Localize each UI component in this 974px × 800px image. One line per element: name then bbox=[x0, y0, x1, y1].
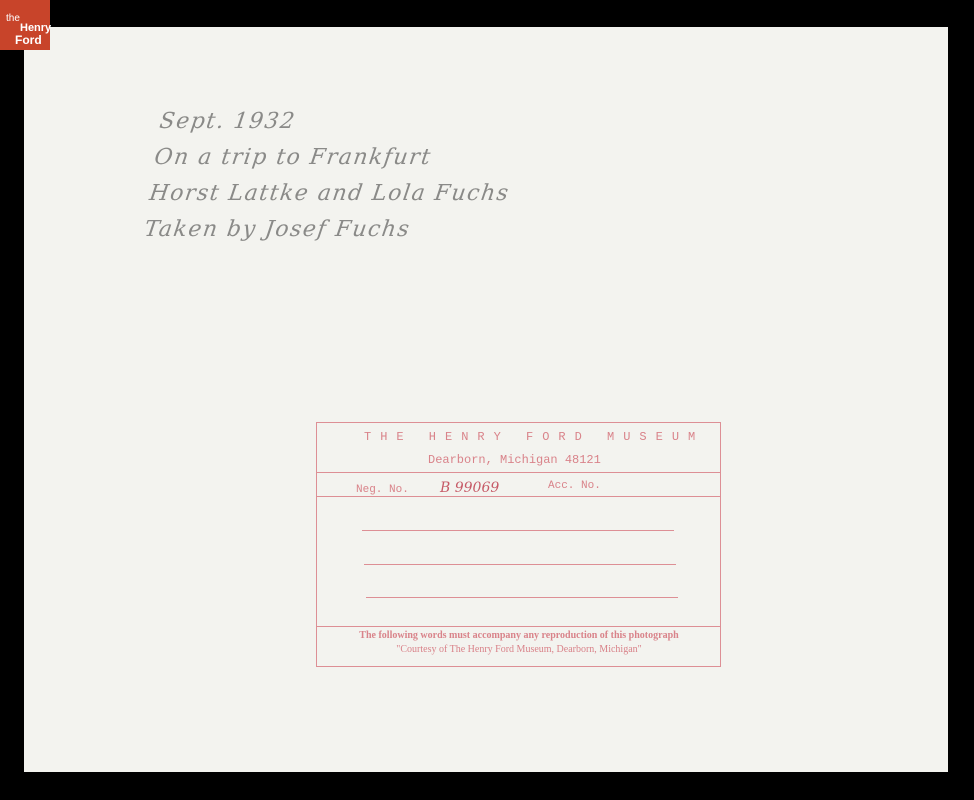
note-line-date: Sept. 1932 bbox=[157, 104, 522, 140]
stamp-divider bbox=[316, 496, 720, 497]
acc-no-label: Acc. No. bbox=[548, 480, 601, 492]
courtesy-credit: "Courtesy of The Henry Ford Museum, Dear… bbox=[316, 644, 722, 655]
note-line-people: Horst Lattke and Lola Fuchs bbox=[147, 176, 512, 212]
blank-line bbox=[366, 597, 678, 598]
note-line-trip: On a trip to Frankfurt bbox=[152, 140, 517, 176]
stamp-divider bbox=[316, 472, 720, 473]
stamp-title: THE HENRY FORD MUSEUM bbox=[364, 430, 704, 444]
stamp-divider bbox=[316, 626, 720, 627]
henry-ford-logo[interactable]: the Henry Ford bbox=[0, 0, 50, 50]
reproduction-notice: The following words must accompany any r… bbox=[316, 630, 722, 641]
blank-line bbox=[362, 530, 674, 531]
neg-no-value: B 99069 bbox=[440, 480, 499, 496]
museum-stamp: THE HENRY FORD MUSEUM Dearborn, Michigan… bbox=[316, 422, 722, 668]
note-line-photographer: Taken by Josef Fuchs bbox=[142, 212, 507, 248]
blank-line bbox=[364, 564, 676, 565]
logo-text-ford: Ford bbox=[15, 34, 42, 46]
stamp-address: Dearborn, Michigan 48121 bbox=[428, 453, 601, 467]
neg-no-label: Neg. No. bbox=[356, 484, 409, 496]
handwritten-note: Sept. 1932 On a trip to Frankfurt Horst … bbox=[142, 104, 522, 248]
logo-text-the: the bbox=[6, 14, 20, 24]
